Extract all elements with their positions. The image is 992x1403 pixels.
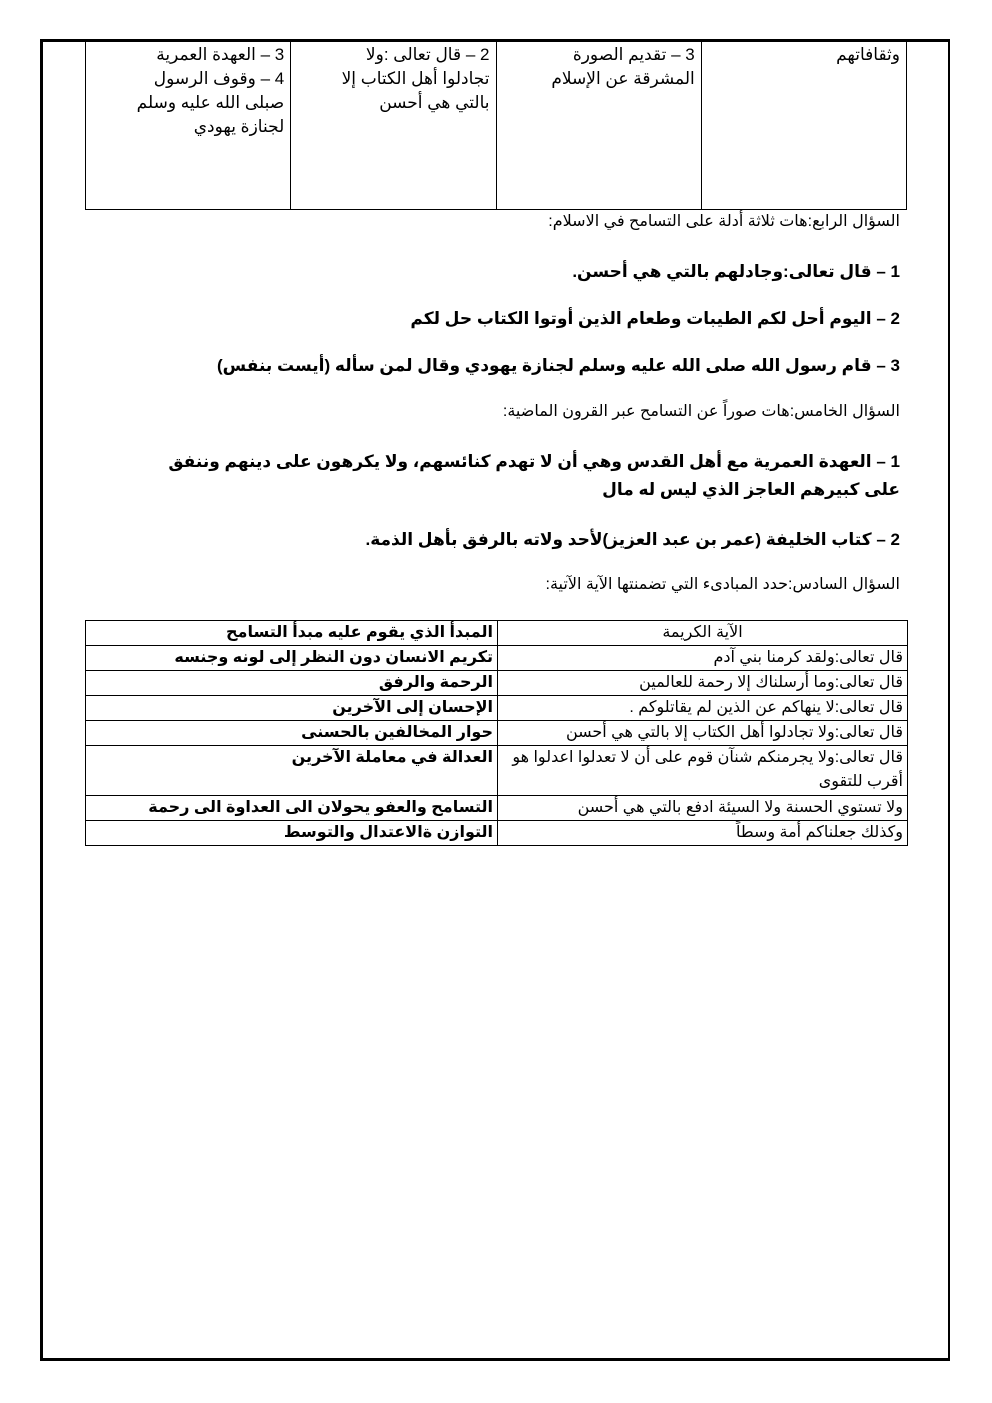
cell-text: تجادلوا أهل الكتاب إلا [297, 67, 489, 91]
verse-cell: قال تعالى:لا ينهاكم عن الذين لم يقاتلوكم… [498, 696, 908, 721]
header-verse: الآية الكريمة [498, 621, 908, 646]
principle-cell: التسامح والعفو يحولان الى العداوة الى رح… [86, 796, 498, 821]
principle-cell: حوار المخالفين بالحسنى [86, 721, 498, 746]
question-4-heading: السؤال الرابع:هات ثلاثة أدلة على التسامح… [548, 211, 900, 233]
cell-text: 4 – وقوف الرسول [92, 67, 284, 91]
verse-cell: قال تعالى:وما أرسلناك إلا رحمة للعالمين [498, 671, 908, 696]
table-cell: وثقافاتهم [701, 39, 906, 210]
principle-cell: التوازن ةالاعتدال والتوسط [86, 821, 498, 846]
principle-cell: تكريم الانسان دون النظر إلى لونه وجنسه [86, 646, 498, 671]
question-4-answer-2: 2 – اليوم أحل لكم الطيبات وطعام الذين أو… [410, 305, 900, 333]
principle-cell: الإحسان إلى الآخرين [86, 696, 498, 721]
table-header-row: الآية الكريمة المبدأ الذي يقوم عليه مبدأ… [86, 621, 908, 646]
verse-cell: قال تعالى:ولا تجادلوا أهل الكتاب إلا بال… [498, 721, 908, 746]
cell-text: 3 – تقديم الصورة [503, 43, 695, 67]
cell-text: المشرقة عن الإسلام [503, 67, 695, 91]
verse-cell: ولا تستوي الحسنة ولا السيئة ادفع بالتي ه… [498, 796, 908, 821]
table-row: وثقافاتهم 3 – تقديم الصورة المشرقة عن ال… [86, 39, 907, 210]
question-5-answer-1: 1 – العهدة العمرية مع أهل القدس وهي أن ل… [130, 448, 900, 504]
table-cell: 2 – قال تعالى :ولا تجادلوا أهل الكتاب إل… [291, 39, 496, 210]
cell-text: 2 – قال تعالى :ولا [297, 43, 489, 67]
verse-cell: قال تعالى:ولا يجرمنكم شنآن قوم على أن لا… [498, 746, 908, 796]
table-row: قال تعالى:ولا تجادلوا أهل الكتاب إلا بال… [86, 721, 908, 746]
table-row: قال تعالى:وما أرسلناك إلا رحمة للعالمين … [86, 671, 908, 696]
cell-text: 3 – العهدة العمرية [92, 43, 284, 67]
table-row: قال تعالى:ولا يجرمنكم شنآن قوم على أن لا… [86, 746, 908, 796]
question-5-answer-2: 2 – كتاب الخليفة (عمر بن عبد العزيز)لأحد… [365, 526, 900, 554]
table-row: وكذلك جعلناكم أمة وسطاً التوازن ةالاعتدا… [86, 821, 908, 846]
header-principle: المبدأ الذي يقوم عليه مبدأ التسامح [86, 621, 498, 646]
table-row: ولا تستوي الحسنة ولا السيئة ادفع بالتي ه… [86, 796, 908, 821]
table-cell: 3 – تقديم الصورة المشرقة عن الإسلام [496, 39, 701, 210]
cell-text: وثقافاتهم [708, 43, 900, 67]
verse-cell: قال تعالى:ولقد كرمنا بني آدم [498, 646, 908, 671]
cell-text: صبلى الله عليه وسلم [92, 91, 284, 115]
principle-cell: العدالة في معاملة الآخرين [86, 746, 498, 796]
cell-text: لجنازة يهودي [92, 115, 284, 139]
question-4-answer-3: 3 – قام رسول الله صلى الله عليه وسلم لجن… [217, 352, 900, 380]
cell-text: بالتي هي أحسن [297, 91, 489, 115]
table-row: قال تعالى:لا ينهاكم عن الذين لم يقاتلوكم… [86, 696, 908, 721]
question-5-heading: السؤال الخامس:هات صوراً عن التسامح عبر ا… [503, 401, 900, 423]
principle-cell: الرحمة والرفق [86, 671, 498, 696]
verse-cell: وكذلك جعلناكم أمة وسطاً [498, 821, 908, 846]
question-6-heading: السؤال السادس:حدد المبادىء التي تضمنتها … [546, 574, 900, 596]
continuation-table: وثقافاتهم 3 – تقديم الصورة المشرقة عن ال… [85, 39, 907, 210]
principles-table: الآية الكريمة المبدأ الذي يقوم عليه مبدأ… [85, 620, 908, 846]
table-row: قال تعالى:ولقد كرمنا بني آدم تكريم الانس… [86, 646, 908, 671]
table-cell: 3 – العهدة العمرية 4 – وقوف الرسول صبلى … [86, 39, 291, 210]
question-4-answer-1: 1 – قال تعالى:وجادلهم بالتي هي أحسن. [572, 258, 900, 286]
